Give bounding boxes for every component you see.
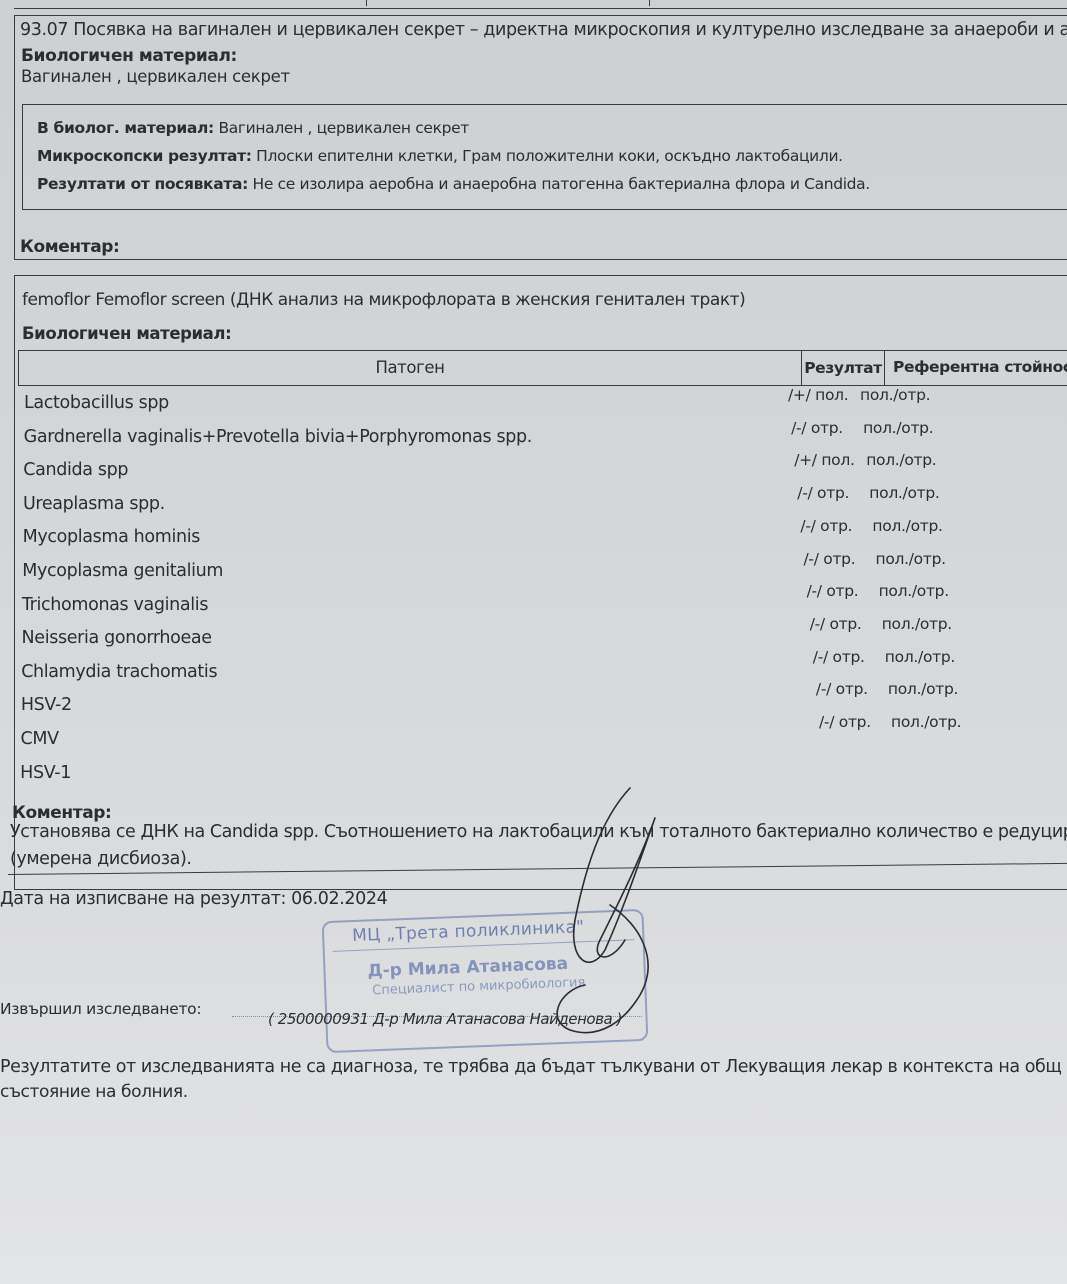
pathogen-name: Mycoplasma hominis [23,527,200,547]
pathogen-name: Neisseria gonorrhoeae [22,628,212,648]
pathogen-reference-value: пол./отр. [885,648,955,666]
culture-results-box: В биолог. материал: Вагинален , цервикал… [22,104,1067,210]
pathogen-name: Lactobacillus spp [24,393,169,413]
pathogen-result: /-/ отр. [813,648,865,666]
pathogen-name: Candida spp [23,460,128,480]
microscopy-result-row: Микроскопски резултат: Плоски епителни к… [37,147,843,165]
pathogen-reference-value: пол./отр. [891,713,961,731]
pathogen-result: /-/ отр. [819,713,871,731]
pathogen-reference-value: пол./отр. [876,550,946,568]
pathogen-name: Mycoplasma genitalium [22,561,223,581]
pathogen-reference-value: пол./отр. [869,484,939,502]
result-date-value: 06.02.2024 [291,889,387,909]
pathogen-result: /-/ отр. [791,419,843,437]
pathogen-result: /+/ пол. [788,386,848,404]
bio-material-label: Биологичен материал: [21,46,237,66]
pathogen-reference-value: пол./отр. [866,451,936,469]
test-name: Посявка на вагинален и цервикален секрет… [73,20,1067,40]
pathogen-name: CMV [21,729,59,749]
femoflor-title: femoflor Femoflor screen (ДНК анализ на … [22,290,745,310]
femoflor-code: femoflor [22,290,90,310]
femoflor-comment-text: Установява се ДНК на Candida spp. Съотно… [10,822,1067,842]
femoflor-comment-label: Коментар: [12,803,111,823]
pathogen-result: /-/ отр. [816,680,868,698]
pathogen-result: /-/ отр. [797,484,849,502]
pathogen-reference-value: пол./отр. [860,386,930,404]
pathogen-reference-value: пол./отр. [879,582,949,600]
pathogen-result: /-/ отр. [804,550,856,568]
lab-report-page: 93.07 Посявка на вагинален и цервикален … [0,0,1067,1284]
femoflor-name: Femoflor screen (ДНК анализ на микрофлор… [95,290,745,310]
header-reference: Референтна стойност [893,358,1067,376]
pathogen-result: /-/ отр. [800,517,852,535]
pathogen-name: Trichomonas vaginalis [22,595,208,615]
header-pathogen: Патоген [19,358,801,377]
femoflor-bio-material-label: Биологичен материал: [22,324,231,343]
result-date-label: Дата на изписване на резултат: [0,889,286,909]
previous-section-border [14,0,1067,9]
culture-test-title: 93.07 Посявка на вагинален и цервикален … [20,20,1067,40]
pathogen-reference-value: пол./отр. [863,419,933,437]
pathogen-name: HSV-1 [20,763,71,783]
culture-result-row: Резултати от посявката: Не се изолира ае… [37,175,870,193]
sample-material-row: В биолог. материал: Вагинален , цервикал… [37,119,469,137]
pathogen-name: Ureaplasma spp. [23,494,165,514]
pathogen-result: /+/ пол. [794,451,854,469]
clinic-stamp: МЦ „Трета поликлиника" Д-р Мила Атанасов… [322,909,649,1053]
result-date: Дата на изписване на резултат: 06.02.202… [0,889,387,909]
pathogen-name: HSV-2 [21,695,72,715]
performed-by-label: Извършил изследването: [0,1000,201,1018]
test-code: 93.07 [20,20,68,40]
pathogen-reference-value: пол./отр. [872,517,942,535]
header-result: Резултат [801,351,885,385]
femoflor-comment-text-cont: (умерена дисбиоза). [10,849,192,869]
pathogen-name: Chlamydia trachomatis [21,662,217,682]
pathogen-reference-value: пол./отр. [882,615,952,633]
doctor-name: ( 2500000931 Д-р Мила Атанасова Найденов… [268,1010,622,1028]
pathogen-table-header: Патоген Резултат Референтна стойност [18,350,1067,386]
pathogen-name: Gardnerella vaginalis+Prevotella bivia+P… [24,427,532,447]
culture-comment-label: Коментар: [20,237,119,257]
bio-material-value: Вагинален , цервикален секрет [21,67,290,86]
pathogen-reference-value: пол./отр. [888,680,958,698]
pathogen-result: /-/ отр. [807,582,859,600]
disclaimer-text: Резултатите от изследванията не са диагн… [0,1057,1061,1077]
disclaimer-text-cont: състояние на болния. [0,1082,188,1102]
pathogen-result: /-/ отр. [810,615,862,633]
